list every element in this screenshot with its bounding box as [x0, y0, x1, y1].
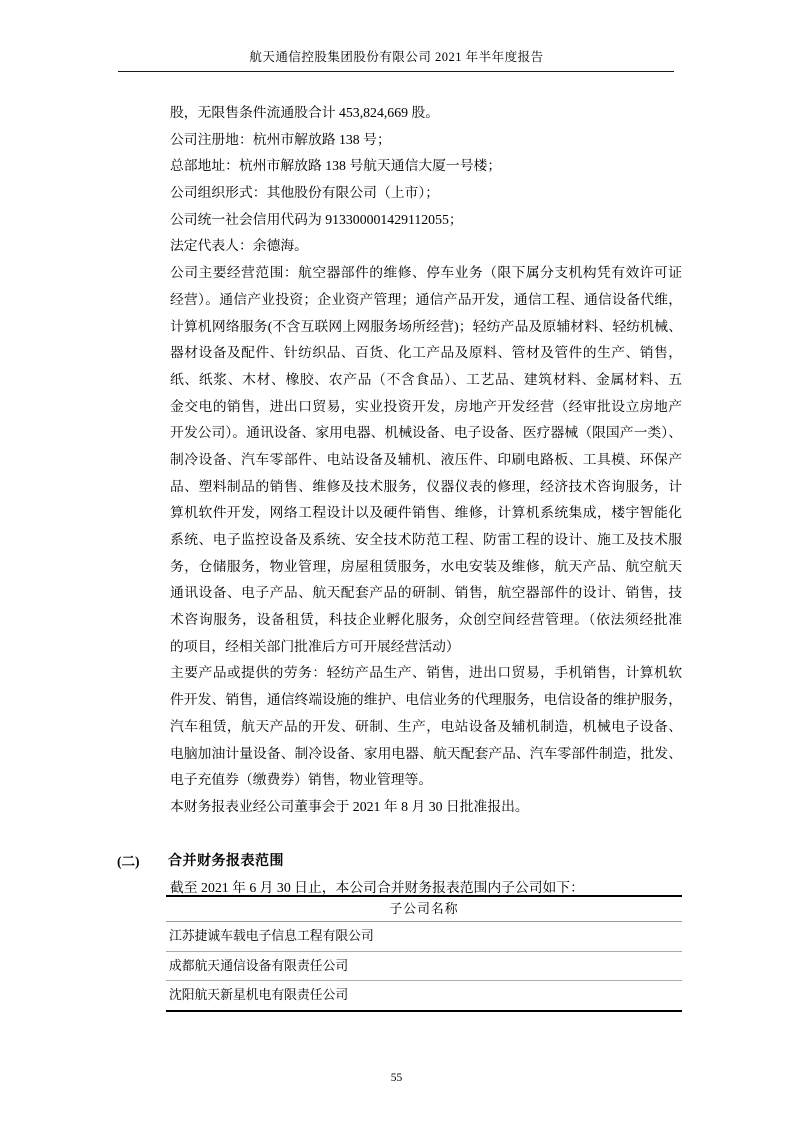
page-number: 55: [0, 1072, 793, 1084]
body-line: 件开发、销售，通信终端设施的维护、电信业务的代理服务，电信设备的维护服务，: [170, 687, 682, 714]
body-line: 电脑加油计量设备、制冷设备、家用电器、航天配套产品、汽车零部件制造，批发、: [170, 741, 682, 768]
header-rule: [118, 71, 674, 72]
table-header-cell: 子公司名称: [166, 897, 682, 922]
table-row: 沈阳航天新星机电有限责任公司: [166, 981, 682, 1010]
running-header-title: 航天通信控股集团股份有限公司 2021 年半年度报告: [0, 47, 793, 65]
body-line: 本财务报表业经公司董事会于 2021 年 8 月 30 日批准报出。: [170, 794, 682, 821]
body-line: 公司统一社会信用代码为 913300001429112055；: [170, 207, 682, 234]
body-line: 制冷设备、汽车零部件、电站设备及辅机、液压件、印刷电路板、工具模、环保产: [170, 447, 682, 474]
body-line: 术咨询服务，设备租赁，科技企业孵化服务，众创空间经营管理。（依法须经批准: [170, 607, 682, 634]
section-number: (二): [117, 850, 140, 870]
body-line: 股，无限售条件流通股合计 453,824,669 股。: [170, 100, 682, 127]
body-line: 公司组织形式：其他股份有限公司（上市）；: [170, 180, 682, 207]
body-line: 通讯设备、电子产品、航天配套产品的研制、销售，航空器部件的设计、销售，技: [170, 580, 682, 607]
section-intro: 截至 2021 年 6 月 30 日止，本公司合并财务报表范围内子公司如下：: [170, 876, 584, 896]
body-line: 纸、纸浆、木材、橡胶、农产品（不含食品）、工艺品、建筑材料、金属材料、五: [170, 367, 682, 394]
table-row: 江苏捷诚车载电子信息工程有限公司: [166, 922, 682, 952]
body-line: 系统、电子监控设备及系统、安全技术防范工程、防雷工程的设计、施工及技术服: [170, 527, 682, 554]
body-line: 算机软件开发，网络工程设计以及硬件销售、维修，计算机系统集成，楼宇智能化: [170, 500, 682, 527]
body-line: 公司注册地：杭州市解放路 138 号；: [170, 127, 682, 154]
body-line: 计算机网络服务(不含互联网上网服务场所经营)；轻纺产品及原辅材料、轻纺机械、: [170, 314, 682, 341]
body-line: 的项目，经相关部门批准后方可开展经营活动）: [170, 634, 682, 661]
body-line: 品、塑料制品的销售、维修及技术服务，仪器仪表的修理，经济技术咨询服务，计: [170, 474, 682, 501]
body-line: 主要产品或提供的劳务：轻纺产品生产、销售，进出口贸易，手机销售，计算机软: [170, 660, 682, 687]
section-title: 合并财务报表范围: [168, 850, 284, 870]
body-line: 器材设备及配件、针纺织品、百货、化工产品及原料、管材及管件的生产、销售，: [170, 340, 682, 367]
body-line: 汽车租赁，航天产品的开发、研制、生产，电站设备及辅机制造，机械电子设备、: [170, 714, 682, 741]
body-line: 经营）。通信产业投资；企业资产管理；通信产品开发，通信工程、通信设备代维，: [170, 287, 682, 314]
table-row: 成都航天通信设备有限责任公司: [166, 952, 682, 982]
body-line: 开发公司）。通讯设备、家用电器、机械设备、电子设备、医疗器械（限国产一类）、: [170, 420, 682, 447]
body-line: 法定代表人：余德海。: [170, 233, 682, 260]
body-line: 务，仓储服务，物业管理，房屋租赁服务，水电安装及维修，航天产品、航空航天: [170, 554, 682, 581]
table-rows: 江苏捷诚车载电子信息工程有限公司成都航天通信设备有限责任公司沈阳航天新星机电有限…: [166, 922, 682, 1010]
body-paragraphs: 股，无限售条件流通股合计 453,824,669 股。公司注册地：杭州市解放路 …: [170, 100, 682, 821]
body-line: 电子充值券（缴费券）销售，物业管理等。: [170, 767, 682, 794]
subsidiaries-table: 子公司名称 江苏捷诚车载电子信息工程有限公司成都航天通信设备有限责任公司沈阳航天…: [166, 895, 682, 1012]
body-line: 总部地址：杭州市解放路 138 号航天通信大厦一号楼；: [170, 153, 682, 180]
body-line: 公司主要经营范围：航空器部件的维修、停车业务（限下属分支机构凭有效许可证: [170, 260, 682, 287]
body-line: 金交电的销售，进出口贸易，实业投资开发，房地产开发经营（经审批设立房地产: [170, 394, 682, 421]
report-page: { "header": { "title": "航天通信控股集团股份有限公司 2…: [0, 0, 793, 1122]
